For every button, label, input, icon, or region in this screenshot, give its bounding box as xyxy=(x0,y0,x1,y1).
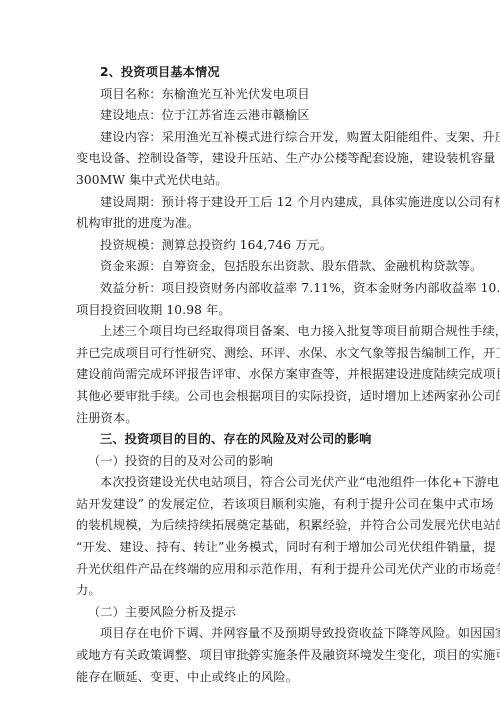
section-2-heading: 2、投资项目基本情况 xyxy=(76,62,426,84)
summary-line: 并已完成项目可行性研究、测绘、环评、水保、水文气象等报告编制工作，开工 xyxy=(76,343,426,365)
content-line: 建设内容：采用渔光互补模式进行综合开发，购置太阳能组件、支架、升压 xyxy=(76,127,426,149)
purpose-line: 力。 xyxy=(76,580,426,602)
summary-line: 上述三个项目均已经取得项目备案、电力接入批复等项目前期合规性手续， xyxy=(76,321,426,343)
summary-line: 其他必要审批手续。公司也会根据项目的实际投资，适时增加上述两家孙公司的 xyxy=(76,386,426,408)
period-line: 机构审批的进度为准。 xyxy=(76,213,426,235)
investment-scale: 投资规模：测算总投资约 164,746 万元。 xyxy=(76,235,426,257)
risk-line: 项目存在电价下调、并网容量不及预期导致投资收益下降等风险。如因国家 xyxy=(76,623,426,645)
purpose-line: 站开发建设” 的发展定位，若该项目顺利实施，有利于提升公司在集中式市场 xyxy=(76,494,426,516)
subsection-2-heading: （二）主要风险分析及提示 xyxy=(76,602,426,624)
summary-line: 注册资本。 xyxy=(76,408,426,430)
period-line: 建设周期：预计将于建设开工后 12 个月内建成，具体实施进度以公司有权 xyxy=(76,192,426,214)
benefit-line: 效益分析：项目投资财务内部收益率 7.11%，资本金财务内部收益率 10.5%， xyxy=(76,278,426,300)
project-name: 项目名称：东榆渔光互补光伏发电项目 xyxy=(76,84,426,106)
funding-source: 资金来源：自筹资金，包括股东出资款、股东借款、金融机构贷款等。 xyxy=(76,256,426,278)
content-line: 变电设备、控制设备等，建设升压站、生产办公楼等配套设施，建设装机容量 xyxy=(76,148,426,170)
document-page: 2、投资项目基本情况 项目名称：东榆渔光互补光伏发电项目 建设地点：位于江苏省连… xyxy=(76,62,426,688)
risk-line: 能存在顺延、变更、中止或终止的风险。 xyxy=(76,667,426,689)
purpose-line: 升光伏组件产品在终端的应用和示范作用，有利于提升公司光伏产业的市场竞争 xyxy=(76,559,426,581)
project-location: 建设地点：位于江苏省连云港市赣榆区 xyxy=(76,105,426,127)
summary-line: 建设前尚需完成环评报告评审、水保方案审查等，并根据建设进度陆续完成项目 xyxy=(76,364,426,386)
content-line: 300MW 集中式光伏电站。 xyxy=(76,170,426,192)
purpose-line: 本次投资建设光伏电站项目，符合公司光伏产业“电池组件一体化+下游电 xyxy=(76,472,426,494)
purpose-line: 的装机规模，为后续持续拓展奠定基础，积累经验，并符合公司发展光伏电站的 xyxy=(76,515,426,537)
purpose-line: “开发、建设、持有、转让”业务模式，同时有利于增加公司光伏组件销量，提 xyxy=(76,537,426,559)
section-3-heading: 三、投资项目的目的、存在的风险及对公司的影响 xyxy=(76,429,426,451)
page-number: 3 xyxy=(0,653,500,664)
subsection-1-heading: （一）投资的目的及对公司的影响 xyxy=(76,451,426,473)
benefit-line: 项目投资回收期 10.98 年。 xyxy=(76,300,426,322)
